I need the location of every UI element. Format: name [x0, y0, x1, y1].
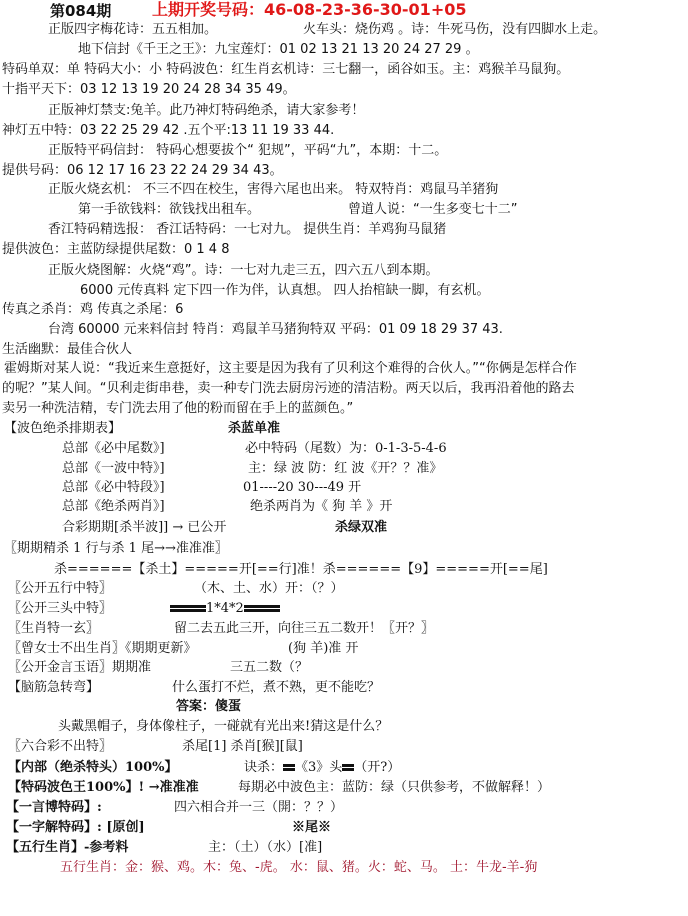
bar-icon — [256, 605, 268, 608]
provided-numbers-line: 提供号码：06 12 17 16 23 22 24 29 34 43。 — [2, 162, 283, 180]
tip-value: 杀尾[1] 杀肖[猴][鼠] — [182, 738, 303, 756]
train-head-line: 火车头：烧伤鸡 。诗：牛死马伤，没有四脚水上走。 — [303, 21, 606, 39]
taiwan-letter-line: 台湾 60000 元来料信封 特肖：鸡鼠羊马猪狗特双 平码：01 09 18 2… — [48, 321, 503, 339]
bar-icon — [244, 605, 256, 608]
tip-label: 〖公开金言玉语〗期期准 — [8, 659, 151, 677]
table-row-label: 总部《必中特段》] — [62, 479, 165, 497]
table-title-right: 杀蓝单准 — [228, 420, 280, 438]
open-text: （开?） — [354, 760, 400, 775]
hongkong-line: 香江特码精选报： 香江话特码：一七对九。 提供生肖：羊鸡狗马鼠猪 — [48, 221, 446, 239]
fire-diagram-line: 正版火烧图解：火烧“鸡”。诗：一七对九走三五，四六五八到本期。 — [48, 262, 438, 280]
bar-icon — [194, 605, 206, 608]
humor-para-2: 的呢？”某人间。“贝利走街串巷，卖一种专门洗去厨房污迹的清洁粉。两天以后，我再沿… — [2, 380, 574, 398]
table-row-value: 绝杀两肖为《 狗 羊 》开 — [250, 498, 392, 516]
tip-label: 〖公开三头中特〗 — [8, 600, 112, 618]
lamp-five-line: 神灯五中特：03 22 25 29 42 .五个平:13 11 19 33 44… — [2, 122, 334, 140]
tip-label: 〖公开五行中特〗 — [8, 580, 112, 598]
tip-value: 主：（土）（水）[准] — [208, 839, 322, 857]
tip-line: 〖期期精杀 1 行与杀 1 尾→→准准准〗 — [4, 540, 228, 558]
bar-icon — [268, 605, 280, 608]
tip-label: 【特码波色王100%】! →准准准 — [8, 779, 199, 797]
bar-icon — [283, 764, 295, 767]
fax-kill-line: 传真之杀肖：鸡 传真之杀尾：6 — [2, 301, 183, 319]
head-text: 《3》头 — [295, 760, 342, 775]
humor-para-1: 霍姆斯对某人说：“我近来生意挺好，这主要是因为我有了贝利这个难得的合伙人。”“你… — [4, 360, 577, 378]
tip-label: 〖曾女士不出生肖〗《期期更新》 — [8, 640, 197, 658]
tip-label: 【一字解特码】: [原创] — [6, 819, 145, 837]
table-title: 【波色绝杀排期表】 — [4, 420, 121, 438]
bar-icon — [342, 764, 354, 767]
riddle-answer: 答案：傻蛋 — [176, 698, 241, 716]
first-hand-line: 第一手欲钱料：欲钱找出租车。 — [78, 201, 260, 219]
tip-label: 【脑筋急转弯】 — [8, 679, 99, 697]
fire-mystery-line: 正版火烧玄机： 不三不四在校生，害得六尾也出来。 特双特肖：鸡鼠马羊猪狗 — [48, 181, 498, 199]
three-heads-value: 1*4*2 — [170, 600, 280, 618]
tip-value: 诀杀：《3》头（开?） — [244, 759, 400, 777]
three-heads-text: 1*4*2 — [206, 601, 244, 616]
wave-color-line: 提供波色：主蓝防绿提供尾数：0 1 4 8 — [2, 241, 229, 259]
table-row-value: 01----20 30---49 开 — [243, 479, 361, 497]
tip-value: ※尾※ — [292, 819, 331, 837]
humor-title: 生活幽默：最佳合伙人 — [2, 341, 132, 359]
special-code-line: 特码单双：单 特码大小：小 特码波色：红生肖玄机诗：三七翻一，函谷如玉。主：鸡猴… — [2, 61, 569, 79]
table-row-value: 杀绿双准 — [335, 519, 387, 537]
five-elements-zodiac: 五行生肖：金：猴、鸡。木：兔、-虎。 水：鼠、猪。火：蛇、马。 土：牛龙-羊-狗 — [60, 859, 537, 877]
lamp-ban-line: 正版神灯禁支:兔羊。此乃神灯特码绝杀，请大家参考！ — [48, 102, 364, 120]
table-row-label: 合彩期期[杀半波]] → 已公开 — [62, 519, 226, 537]
tip-value: 什么蛋打不烂，煮不熟，更不能吃？ — [172, 679, 380, 697]
tip-value: (狗 羊)准 开 — [288, 640, 358, 658]
humor-para-3: 卖另一种洗洁精，专门洗去用了他的粉而留在手上的蓝颜色。” — [2, 400, 353, 418]
bar-icon — [182, 605, 194, 608]
tip-label: 〖生肖特一玄〗 — [8, 620, 99, 638]
issue-number: 第084期 — [50, 2, 111, 20]
table-row-label: 总部《绝杀两肖》] — [62, 498, 165, 516]
kill-text: 诀杀： — [244, 760, 283, 775]
tip-label: 【内部（绝杀特头）100%】 — [8, 759, 178, 777]
tip-value: 留二去五此三开，向往三五二数开！〖开？〗 — [174, 620, 434, 638]
last-draw-numbers: 46-08-23-36-30-01+05 — [264, 0, 466, 19]
tip-label: 【五行生肖】-参考料 — [6, 839, 128, 857]
tip-value: 三五二数（？ — [230, 659, 308, 677]
tip-line: 杀======【杀土】=====开[==行]准！杀======【9】=====开… — [54, 561, 548, 579]
tip-label: 【一言博特码】: — [6, 799, 102, 817]
ten-fingers-line: 十指平天下：03 12 13 19 20 24 28 34 35 49。 — [2, 81, 296, 99]
tip-value: 每期必中波色主：蓝防：绿（只供参考，不做解释！） — [238, 779, 550, 797]
plum-poem-line: 正版四字梅花诗：五五相加。 — [48, 21, 217, 39]
table-row-label: 总部《一波中特》] — [62, 460, 165, 478]
riddle-question: 头戴黑帽子，身体像柱子，一碰就有光出来!猜这是什么？ — [58, 718, 388, 736]
fax-6000-line: 6000 元传真料 定下四一作为伴，认真想。 四人抬棺缺一脚，有玄机。 — [80, 282, 489, 300]
zeng-daoren-line: 曾道人说：“一生多变七十二” — [348, 201, 517, 219]
bar-icon — [170, 605, 182, 608]
tip-label: 〖六合彩不出特〗 — [8, 738, 112, 756]
table-row-label: 总部《必中尾数》] — [62, 440, 165, 458]
last-draw-label-text: 上期开奖号码： — [152, 0, 264, 19]
underground-letter-line: 地下信封《千王之王》：九宝莲灯：01 02 13 21 13 20 24 27 … — [78, 41, 479, 59]
flat-code-letter-line: 正版特平码信封： 特码心想要拔个“ 犯规”，平码“九”，本期：十二。 — [48, 142, 447, 160]
tip-value: 四六相合并一三（開：？？） — [174, 799, 343, 817]
tip-value: （木、土、水）开：（？） — [194, 580, 344, 598]
last-draw-label: 上期开奖号码：46-08-23-36-30-01+05 — [152, 1, 466, 19]
table-row-value: 必中特码（尾数）为：0-1-3-5-4-6 — [245, 440, 447, 458]
table-row-value: 主：绿 波 防：红 波《开？？准》 — [248, 460, 442, 478]
